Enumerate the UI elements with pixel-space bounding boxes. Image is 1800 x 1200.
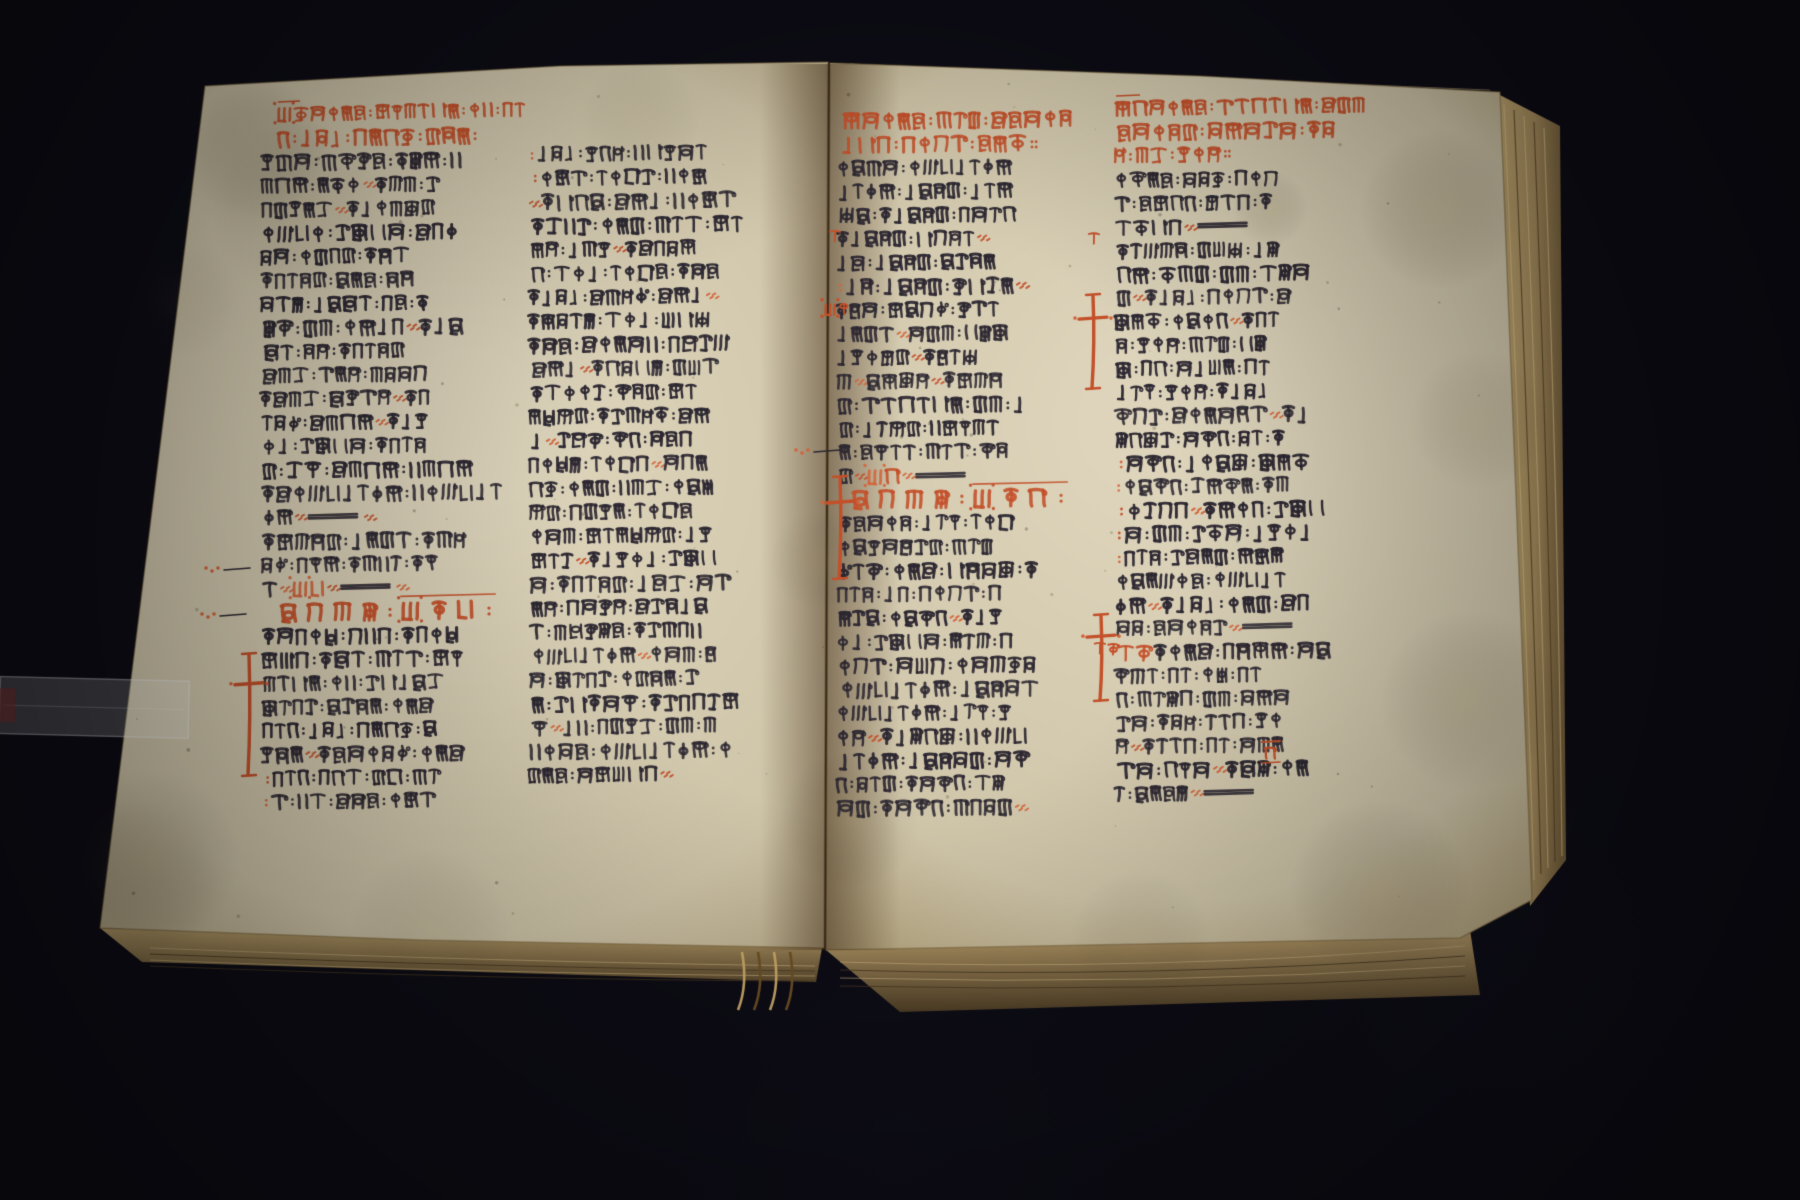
manuscript-canvas [0,0,1800,1200]
manuscript-photo [0,0,1800,1200]
